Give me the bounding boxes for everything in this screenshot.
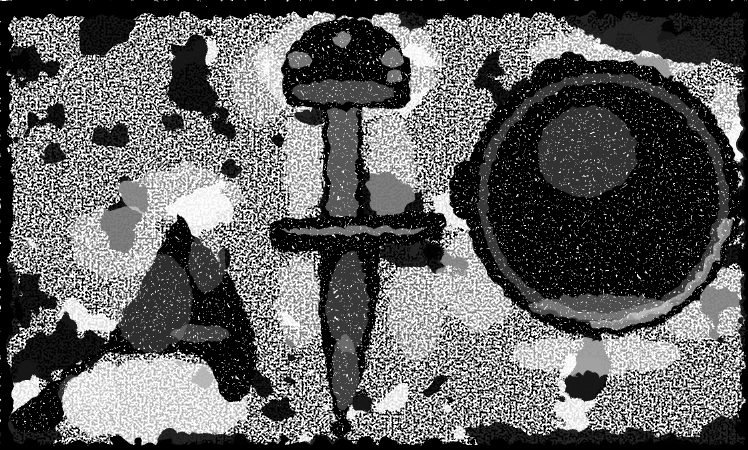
pommel-ear-right: [378, 48, 402, 66]
grip-mottle: [327, 108, 355, 214]
pommel-ear-left: [285, 49, 309, 67]
halftone-photo: [0, 0, 748, 450]
axe-mottle: [187, 230, 223, 290]
halo-left-of-pommel: [228, 40, 288, 120]
crossguard-vein: [280, 225, 424, 233]
halo-below-bowl: [507, 334, 677, 370]
halo-blade-right: [386, 253, 438, 357]
halo-blade-left: [273, 252, 317, 348]
bowl-mottle: [535, 105, 635, 195]
dagger-tip-blob: [327, 417, 349, 435]
axe-mottle: [55, 372, 115, 408]
blade-mottle: [330, 332, 356, 408]
shadow-blob: [90, 125, 126, 143]
axe-vein: [170, 324, 230, 340]
halo-grip-right: [364, 110, 412, 226]
border-top: [0, 0, 748, 13]
border-right: [740, 0, 748, 450]
pommel-boss-highlight: [333, 30, 349, 46]
shadow-blob: [6, 42, 30, 74]
photo-figure: [0, 0, 748, 450]
pommel-mottle: [386, 68, 400, 80]
shadow-blob: [36, 145, 60, 159]
border-left: [0, 0, 7, 450]
border-bottom: [0, 438, 748, 450]
pommel-band: [290, 78, 394, 102]
shadow-blob: [155, 110, 185, 126]
halo-grip-left: [280, 105, 320, 215]
shadow-bottom: [460, 421, 524, 439]
shadow-blob: [216, 160, 240, 172]
bowl-body: [463, 58, 739, 334]
bowl-floor-band: [528, 293, 672, 317]
